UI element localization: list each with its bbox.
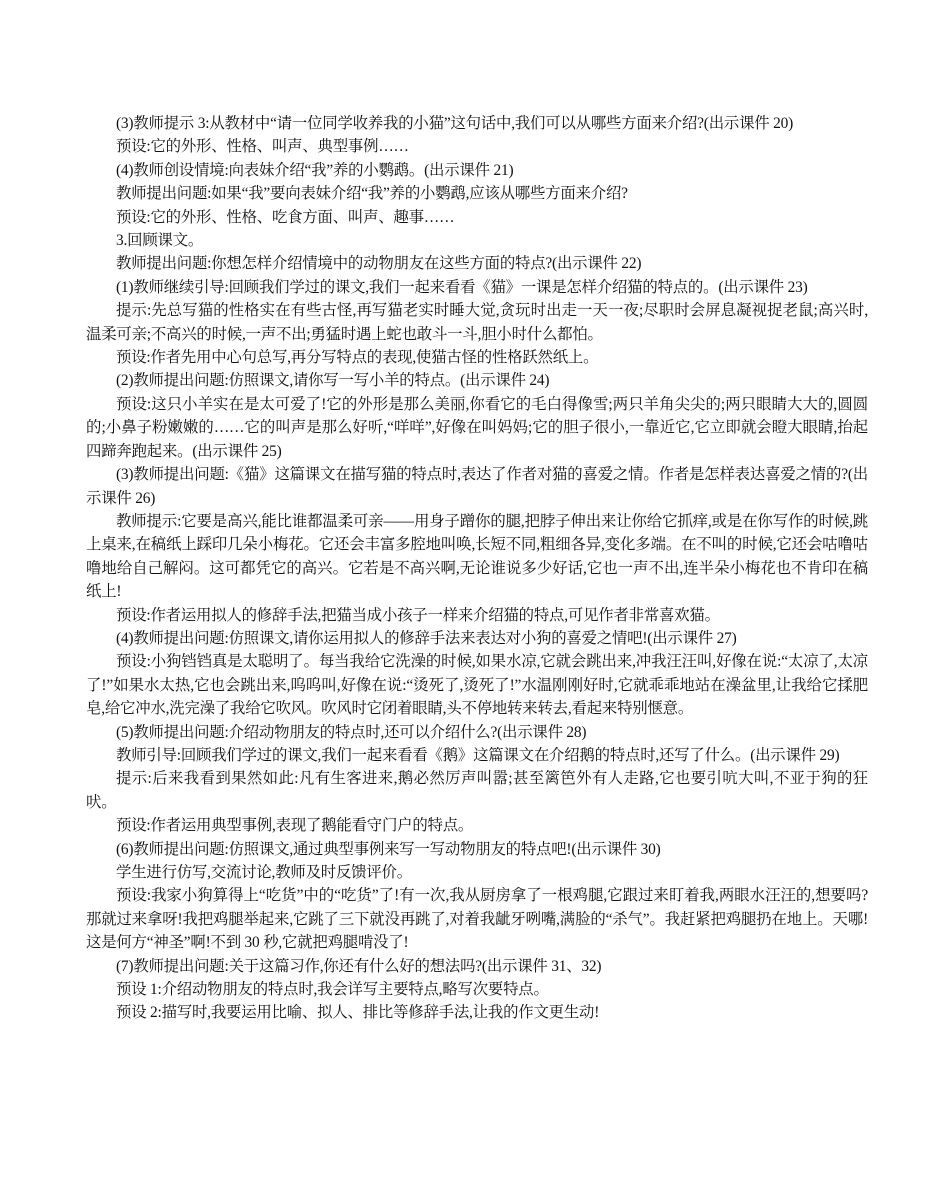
- paragraph-teacher-scenario-4: (4)教师创设情境:向表妹介绍“我”养的小鹦鹉。(出示课件 21): [86, 159, 868, 182]
- paragraph-teacher-question-7: (7)教师提出问题:关于这篇习作,你还有什么好的想法吗?(出示课件 31、32): [86, 955, 868, 978]
- paragraph-teacher-question: 教师提出问题:你想怎样介绍情境中的动物朋友在这些方面的特点?(出示课件 22): [86, 252, 868, 275]
- paragraph-preset: 预设:这只小羊实在是太可爱了!它的外形是那么美丽,你看它的毛白得像雪;两只羊角尖…: [86, 393, 868, 463]
- paragraph-teacher-hint: 教师提示:它要是高兴,能比谁都温柔可亲——用身子蹭你的腿,把脖子伸出来让你给它抓…: [86, 510, 868, 604]
- paragraph-teacher-question: 教师提出问题:如果“我”要向表妹介绍“我”养的小鹦鹉,应该从哪些方面来介绍?: [86, 182, 868, 205]
- paragraph-preset: 预设:作者先用中心句总写,再分写特点的表现,使猫古怪的性格跃然纸上。: [86, 346, 868, 369]
- paragraph-teacher-question-3: (3)教师提出问题:《猫》这篇课文在描写猫的特点时,表达了作者对猫的喜爱之情。作…: [86, 463, 868, 510]
- paragraph-preset: 预设:作者运用拟人的修辞手法,把猫当成小孩子一样来介绍猫的特点,可见作者非常喜欢…: [86, 604, 868, 627]
- paragraph-student-activity: 学生进行仿写,交流讨论,教师及时反馈评价。: [86, 861, 868, 884]
- paragraph-teacher-question-6: (6)教师提出问题:仿照课文,通过典型事例来写一写动物朋友的特点吧!(出示课件 …: [86, 838, 868, 861]
- paragraph-preset: 预设:作者运用典型事例,表现了鹅能看守门户的特点。: [86, 814, 868, 837]
- paragraph-hint: 提示:后来我看到果然如此:凡有生客进来,鹅必然厉声叫嚣;甚至篱笆外有人走路,它也…: [86, 767, 868, 814]
- paragraph-preset: 预设:小狗铛铛真是太聪明了。每当我给它洗澡的时候,如果水凉,它就会跳出来,冲我汪…: [86, 650, 868, 720]
- paragraph-teacher-guide-1: (1)教师继续引导:回顾我们学过的课文,我们一起来看看《猫》一课是怎样介绍猫的特…: [86, 276, 868, 299]
- paragraph-preset-2: 预设 2:描写时,我要运用比喻、拟人、排比等修辞手法,让我的作文更生动!: [86, 1001, 868, 1024]
- paragraph-hint: 提示:先总写猫的性格实在有些古怪,再写猫老实时睡大觉,贪玩时出走一天一夜;尽职时…: [86, 299, 868, 346]
- paragraph-preset-1: 预设 1:介绍动物朋友的特点时,我会详写主要特点,略写次要特点。: [86, 978, 868, 1001]
- paragraph-teacher-question-5: (5)教师提出问题:介绍动物朋友的特点时,还可以介绍什么?(出示课件 28): [86, 721, 868, 744]
- document-page: (3)教师提示 3:从教材中“请一位同学收养我的小猫”这句话中,我们可以从哪些方…: [86, 112, 868, 1025]
- paragraph-teacher-guide: 教师引导:回顾我们学过的课文,我们一起来看看《鹅》这篇课文在介绍鹅的特点时,还写…: [86, 744, 868, 767]
- paragraph-preset: 预设:它的外形、性格、叫声、典型事例……: [86, 135, 868, 158]
- section-heading-review-text: 3.回顾课文。: [86, 229, 868, 252]
- paragraph-preset: 预设:它的外形、性格、吃食方面、叫声、趣事……: [86, 206, 868, 229]
- paragraph-teacher-question-4: (4)教师提出问题:仿照课文,请你运用拟人的修辞手法来表达对小狗的喜爱之情吧!(…: [86, 627, 868, 650]
- paragraph-teacher-question-2: (2)教师提出问题:仿照课文,请你写一写小羊的特点。(出示课件 24): [86, 369, 868, 392]
- paragraph-teacher-hint-3: (3)教师提示 3:从教材中“请一位同学收养我的小猫”这句话中,我们可以从哪些方…: [86, 112, 868, 135]
- paragraph-preset: 预设:我家小狗算得上“吃货”中的“吃货”了!有一次,我从厨房拿了一根鸡腿,它跟过…: [86, 884, 868, 954]
